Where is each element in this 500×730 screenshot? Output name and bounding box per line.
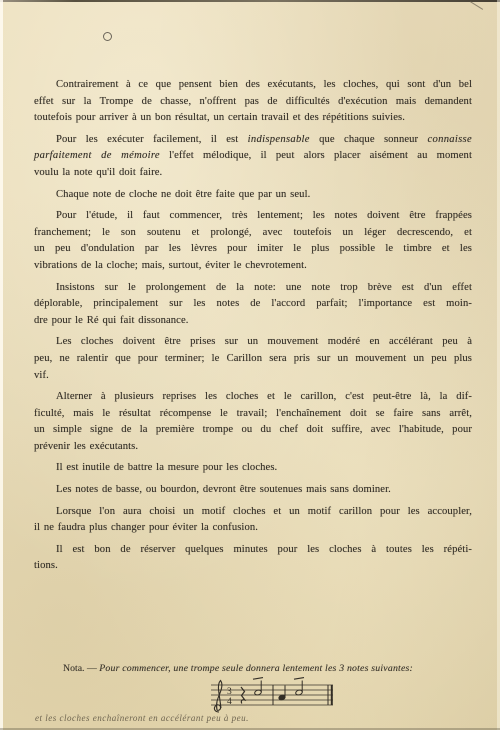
nota-text: Pour commencer, une trompe seule donnera… — [99, 663, 413, 674]
paragraph: Alterner à plusieurs reprises les cloche… — [34, 389, 472, 455]
text-line: Pour l'étude, il faut commencer, très le… — [34, 208, 472, 225]
quarter-note — [278, 686, 286, 701]
paragraph: Insistons sur le prolongement de la note… — [34, 280, 472, 330]
half-note-2 — [294, 678, 304, 696]
text-line: parfaitement de mémoire l'effet mélodiqu… — [34, 148, 472, 165]
scan-edge-left — [0, 0, 3, 730]
text-line: toutefois pour arriver à un bon résultat… — [34, 110, 472, 127]
time-signature-top: 3 — [227, 687, 232, 697]
text-line: un peu d'ondulation par les lèvres pour … — [34, 241, 472, 258]
nota-label: Nota. — — [63, 663, 97, 674]
tenuto-mark — [253, 678, 263, 680]
nota-line: Nota. — Pour commencer, une trompe seule… — [63, 663, 470, 675]
text-line: Lorsque l'on aura choisi un motif cloche… — [34, 504, 472, 521]
text-line: Il est bon de réserver quelques minutes … — [34, 542, 472, 559]
text-line: dre pour le Ré qui fait dissonance. — [34, 313, 472, 330]
half-note-1 — [253, 678, 263, 696]
text-line: il ne faudra plus changer pour éviter la… — [34, 520, 472, 537]
paragraph: Il est inutile de battre la mesure pour … — [34, 460, 472, 477]
text-line: un simple signe de la première trompe ou… — [34, 422, 472, 439]
time-signature-bottom: 4 — [227, 697, 232, 707]
text-line: franchement; le son soutenu et prolongé,… — [34, 225, 472, 242]
punch-hole-ring — [103, 32, 112, 41]
music-staff: 3 4 — [198, 676, 336, 718]
paragraph: Contrairement à ce que pensent bien des … — [34, 77, 472, 127]
text-line: Il est inutile de battre la mesure pour … — [34, 460, 472, 477]
paragraph: Les notes de basse, ou bourdon, devront … — [34, 482, 472, 499]
scan-edge-top — [0, 0, 500, 2]
text-line: Les notes de basse, ou bourdon, devront … — [34, 482, 472, 499]
paragraph: Chaque note de cloche ne doit être faite… — [34, 187, 472, 204]
text-line: vibrations de la cloche; mais, surtout, … — [34, 258, 472, 275]
text-line: Insistons sur le prolongement de la note… — [34, 280, 472, 297]
tenuto-mark — [294, 678, 304, 680]
text-line: Contrairement à ce que pensent bien des … — [34, 77, 472, 94]
text-line: ficulté, mais le résultat récompense le … — [34, 406, 472, 423]
paragraph: Il est bon de réserver quelques minutes … — [34, 542, 472, 575]
text-line: Alterner à plusieurs reprises les cloche… — [34, 389, 472, 406]
text-line: Chaque note de cloche ne doit être faite… — [34, 187, 472, 204]
text-line: effet sur la Trompe de chasse, n'offrent… — [34, 94, 472, 111]
text-block: Contrairement à ce que pensent bien des … — [34, 77, 472, 580]
text-line: Pour les exécuter facilement, il est ind… — [34, 132, 472, 149]
text-line: voulu la note qu'il doit faire. — [34, 165, 472, 182]
footer-italic-line: et les cloches enchaîneront en accéléran… — [35, 713, 249, 723]
paragraph: Pour l'étude, il faut commencer, très le… — [34, 208, 472, 274]
text-line: vif. — [34, 368, 472, 385]
paragraph: Lorsque l'on aura choisi un motif cloche… — [34, 504, 472, 537]
text-line: peu, ne ralentir que pour terminer; le C… — [34, 351, 472, 368]
paragraph: Les cloches doivent être prises sur un m… — [34, 334, 472, 384]
paragraph: Pour les exécuter facilement, il est ind… — [34, 132, 472, 182]
text-line: déplorable, principalement sur les notes… — [34, 296, 472, 313]
text-line: Les cloches doivent être prises sur un m… — [34, 334, 472, 351]
text-line: tions. — [34, 558, 472, 575]
text-line: prévenir les exécutants. — [34, 439, 472, 456]
